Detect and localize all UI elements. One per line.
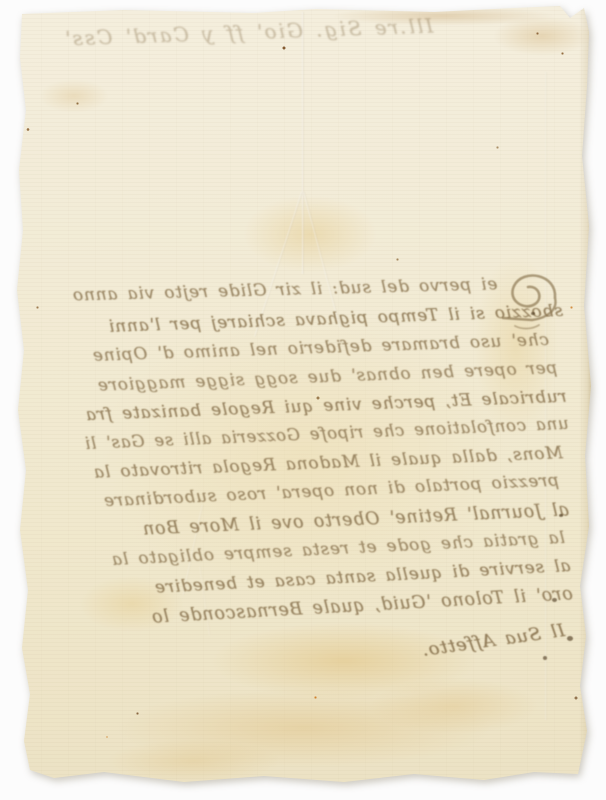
ink-blot [543, 656, 547, 660]
scan-background: Ill.re Sig. Gio' ff y Card' Css' ei perv… [0, 0, 606, 800]
ink-blot [567, 636, 573, 641]
center-fold-crease [302, 12, 304, 274]
ink-blot [552, 598, 557, 602]
bleedthrough-closing-line: Il Sua Affetto. [420, 620, 566, 661]
bleedthrough-line: ei pervo del sud: il zir Glide rejto via… [71, 274, 497, 305]
ink-blot [559, 514, 563, 517]
ink-blot [531, 312, 535, 315]
bleedthrough-address-line: Ill.re Sig. Gio' ff y Card' Css' [62, 14, 433, 51]
diagonal-crease-right [303, 192, 341, 328]
paper-shadow-wrap: Ill.re Sig. Gio' ff y Card' Css' ei perv… [0, 0, 606, 800]
letter-paper-sheet: Ill.re Sig. Gio' ff y Card' Css' ei perv… [14, 6, 593, 792]
